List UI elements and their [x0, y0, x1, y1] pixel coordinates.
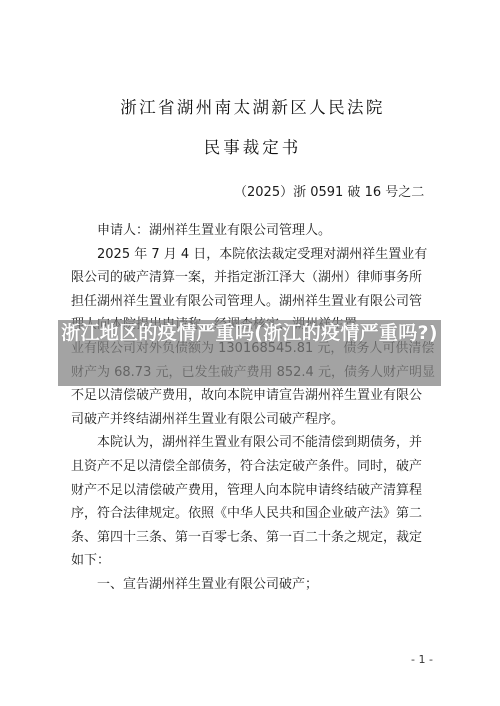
- page-number: - 1 -: [411, 653, 433, 666]
- body-line: 条、第四十三条、第一百零七条、第一百二十条之规定，裁定: [71, 526, 437, 550]
- body-line: 2025 年 7 月 4 日，本院依法裁定受理对湖州祥生置业有: [71, 243, 437, 267]
- body-line: 如下：: [71, 549, 437, 573]
- overlay-headline: 浙江地区的疫情严重吗(浙江的疫情严重吗?): [58, 322, 441, 344]
- body-line: 不足以清偿破产费用，故向本院申请宣告湖州祥生置业有限公: [71, 384, 437, 408]
- court-name: 浙江省湖州南太湖新区人民法院: [0, 94, 500, 118]
- document-body: 申请人：湖州祥生置业有限公司管理人。 2025 年 7 月 4 日，本院依法裁定…: [71, 219, 437, 597]
- body-line: 担任湖州祥生置业有限公司管理人。湖州祥生置业有限公司管: [71, 290, 437, 314]
- case-number: （2025）浙 0591 破 16 号之二: [234, 181, 424, 200]
- document-type-title: 民事裁定书: [0, 134, 500, 158]
- body-line: 序，符合法律规定。依照《中华人民共和国企业破产法》第二: [71, 502, 437, 526]
- body-line: 且资产不足以清偿全部债务，符合法定破产条件。同时，破产: [71, 455, 437, 479]
- body-line: 司破产并终结湖州祥生置业有限公司破产程序。: [71, 408, 437, 432]
- body-line: 限公司的破产清算一案，并指定浙江泽大（湖州）律师事务所: [71, 266, 437, 290]
- document-page: 浙江省湖州南太湖新区人民法院 民事裁定书 （2025）浙 0591 破 16 号…: [0, 0, 500, 706]
- applicant-line: 申请人：湖州祥生置业有限公司管理人。: [71, 219, 437, 243]
- ruling-item-1: 一、宣告湖州祥生置业有限公司破产；: [71, 573, 437, 597]
- body-line: 财产不足以清偿破产费用，管理人向本院申请终结破产清算程: [71, 479, 437, 503]
- body-line: 本院认为，湖州祥生置业有限公司不能清偿到期债务，并: [71, 431, 437, 455]
